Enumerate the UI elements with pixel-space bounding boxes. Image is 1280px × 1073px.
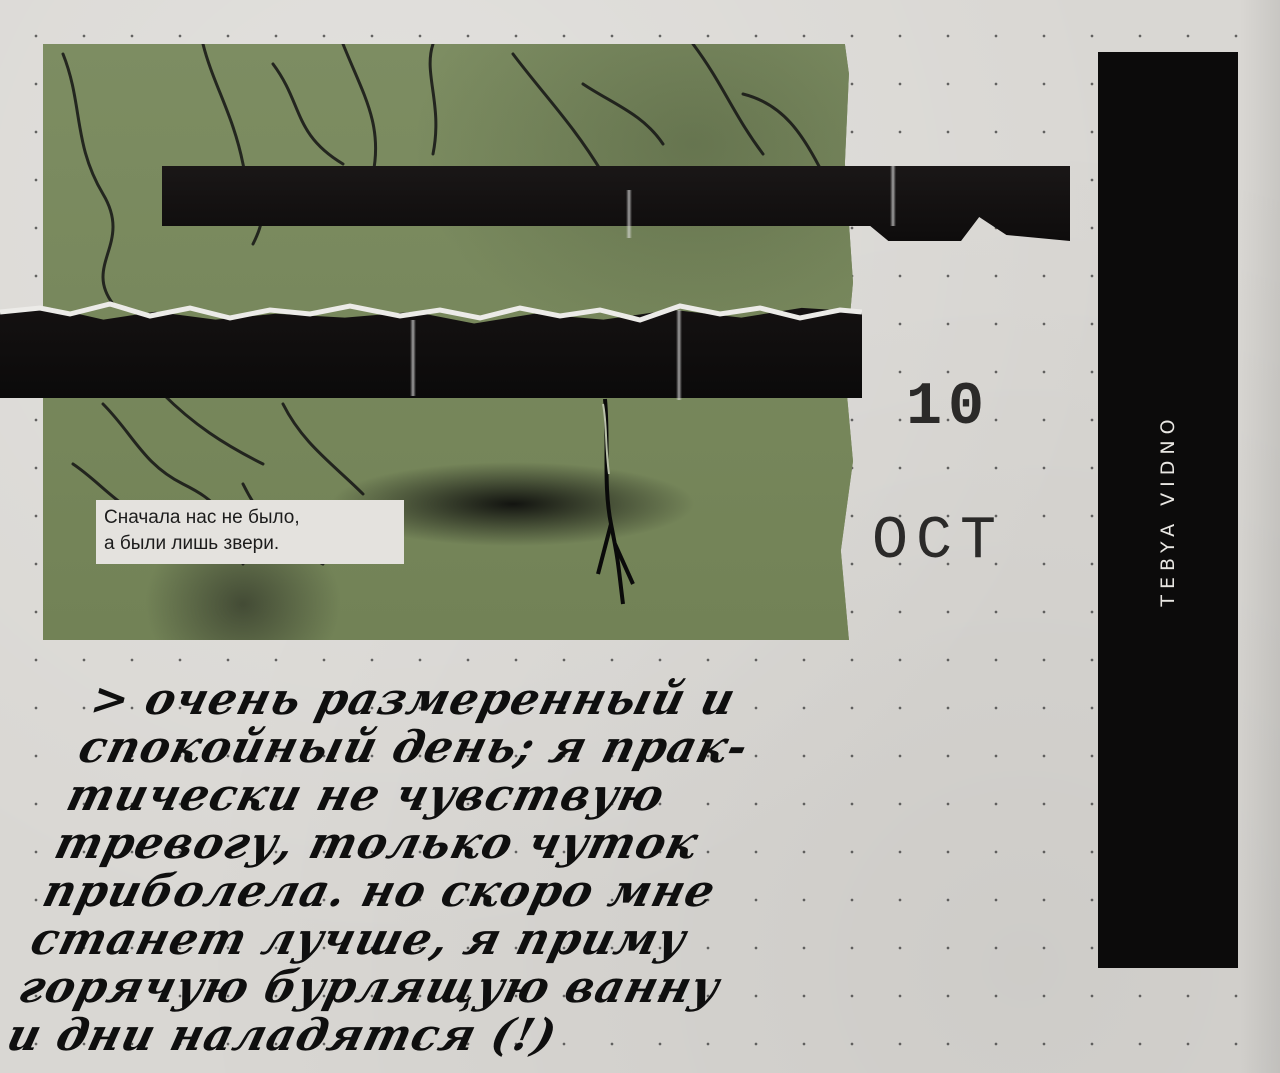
date-month-stamp: OCT (872, 508, 1004, 576)
entry-line: > очень размеренный и (86, 676, 1158, 724)
side-label-text: TEBYA VIDNO (1157, 413, 1179, 606)
date-day-stamp: 10 (906, 374, 990, 442)
entry-line: приболела. но скоро мне (38, 868, 1110, 916)
entry-line: горячую бурлящую ванну (14, 964, 1086, 1012)
caption-line-2: а были лишь звери. (104, 531, 396, 557)
entry-line: тически не чувствую (62, 772, 1134, 820)
caption-clipping: Сначала нас не было, а были лишь звери. (96, 500, 404, 564)
tape-glare (410, 320, 416, 396)
entry-line: тревогу, только чуток (50, 820, 1122, 868)
caption-line-1: Сначала нас не было, (104, 505, 396, 531)
torn-paper-edge (0, 298, 862, 328)
tape-glare (626, 190, 632, 238)
page-edge-shadow (1240, 0, 1280, 1073)
tape-glare (676, 310, 682, 400)
entry-line: станет лучше, я приму (26, 916, 1098, 964)
tape-glare (890, 166, 896, 226)
entry-line: спокойный день; я прак- (74, 724, 1146, 772)
journal-entry: > очень размеренный и спокойный день; я … (2, 676, 1158, 1060)
entry-line: и дни наладятся (!) (2, 1012, 1074, 1060)
